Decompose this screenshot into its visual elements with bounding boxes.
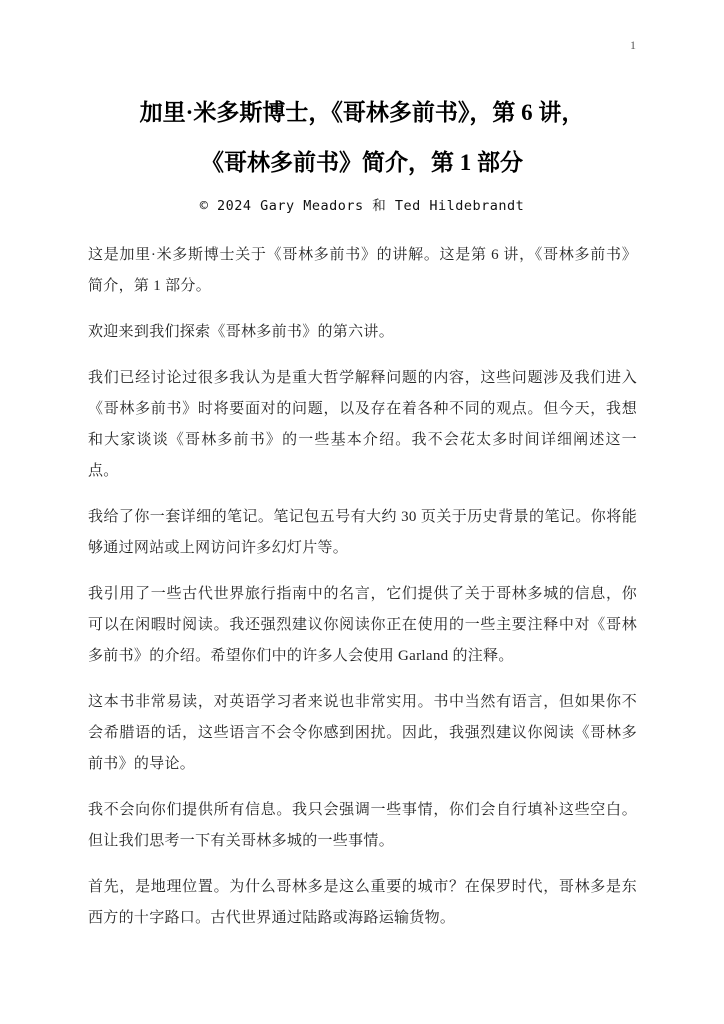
paragraph: 我们已经讨论过很多我认为是重大哲学解释问题的内容，这些问题涉及我们进入《哥林多前… xyxy=(88,363,637,487)
paragraph: 我不会向你们提供所有信息。我只会强调一些事情，你们会自行填补这些空白。但让我们思… xyxy=(88,795,637,857)
document-body: 这是加里·米多斯博士关于《哥林多前书》的讲解。这是第 6 讲，《哥林多前书》简介… xyxy=(0,214,724,934)
paragraph: 欢迎来到我们探索《哥林多前书》的第六讲。 xyxy=(88,317,637,348)
paragraph: 我引用了一些古代世界旅行指南中的名言，它们提供了关于哥林多城的信息，你可以在闲暇… xyxy=(88,579,637,672)
page-number: 1 xyxy=(630,38,636,53)
document-page: 1 加里·米多斯博士，《哥林多前书》，第 6 讲， 《哥林多前书》简介，第 1 … xyxy=(0,0,724,1024)
copyright-line: © 2024 Gary Meadors 和 Ted Hildebrandt xyxy=(0,194,724,214)
paragraph: 我给了你一套详细的笔记。笔记包五号有大约 30 页关于历史背景的笔记。你将能够通… xyxy=(88,502,637,564)
title-line-1: 加里·米多斯博士，《哥林多前书》，第 6 讲， xyxy=(70,88,654,138)
title-line-2: 《哥林多前书》简介，第 1 部分 xyxy=(70,138,654,188)
paragraph: 这本书非常易读，对英语学习者来说也非常实用。书中当然有语言，但如果你不会希腊语的… xyxy=(88,687,637,780)
paragraph: 首先，是地理位置。为什么哥林多是这么重要的城市？在保罗时代，哥林多是东西方的十字… xyxy=(88,872,637,934)
page-title: 加里·米多斯博士，《哥林多前书》，第 6 讲， 《哥林多前书》简介，第 1 部分 xyxy=(0,0,724,188)
paragraph: 这是加里·米多斯博士关于《哥林多前书》的讲解。这是第 6 讲，《哥林多前书》简介… xyxy=(88,240,637,302)
